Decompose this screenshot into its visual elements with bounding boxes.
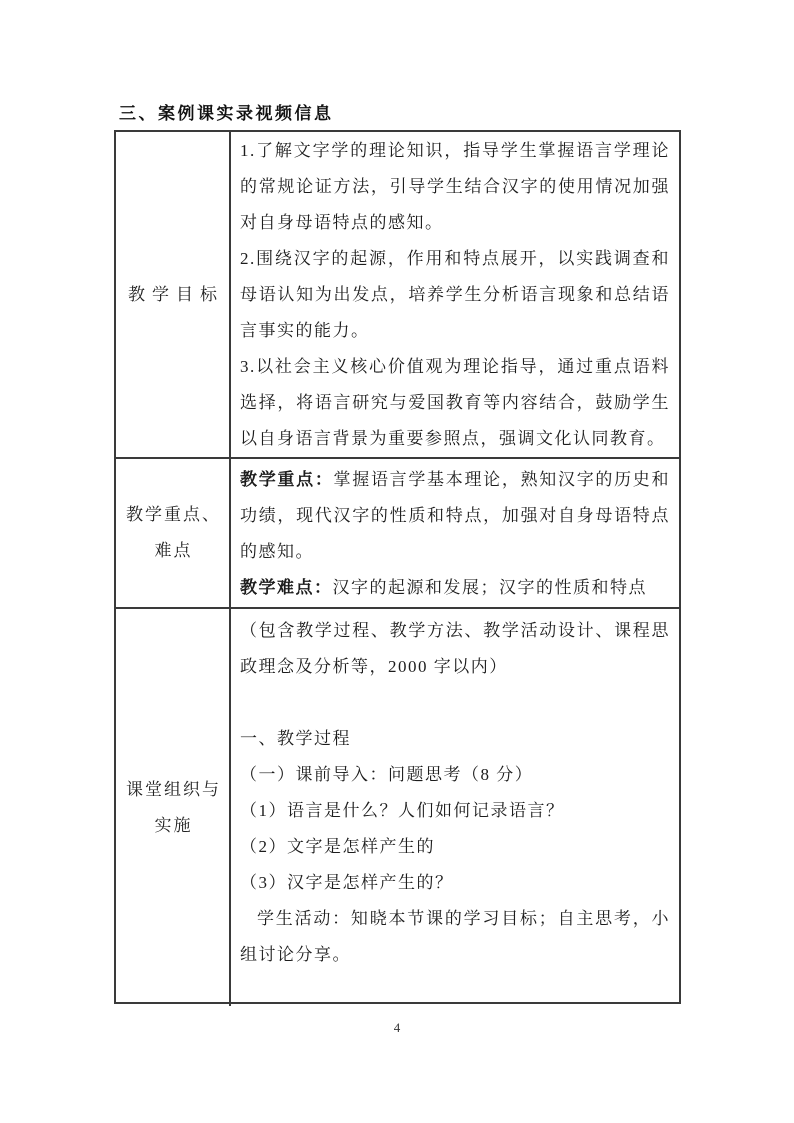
content-cell-class-organization: （包含教学过程、教学方法、教学活动设计、课程思政理念及分析等，2000 字以内）… (231, 607, 679, 1006)
question-line-2: （2）文字是怎样产生的 (240, 829, 670, 865)
label-cell-teaching-objectives: 教学目标 (116, 132, 231, 457)
teaching-key-points: 教学重点：掌握语言学基本理论，熟知汉字的历史和功绩，现代汉字的性质和特点，加强对… (240, 462, 670, 570)
content-cell-key-difficult-points: 教学重点：掌握语言学基本理论，熟知汉字的历史和功绩，现代汉字的性质和特点，加强对… (231, 457, 679, 607)
question-line-3: （3）汉字是怎样产生的？ (240, 865, 670, 901)
document-page: 三、案例课实录视频信息 教学目标 1.了解文字学的理论知识，指导学生掌握语言学理… (0, 0, 794, 1123)
row-label-text: 教学重点、 (126, 497, 221, 533)
process-heading-line: 一、教学过程 (240, 721, 670, 757)
content-cell-teaching-objectives: 1.了解文字学的理论知识，指导学生掌握语言学理论的常规论证方法，引导学生结合汉字… (231, 132, 679, 457)
objective-paragraph-1: 1.了解文字学的理论知识，指导学生掌握语言学理论的常规论证方法，引导学生结合汉字… (240, 133, 670, 241)
section-heading: 三、案例课实录视频信息 (119, 99, 334, 124)
student-activity-paragraph: 学生活动：知晓本节课的学习目标；自主思考，小组讨论分享。 (240, 901, 670, 973)
teaching-difficult-points: 教学难点：汉字的起源和发展；汉字的性质和特点 (240, 570, 670, 606)
question-line-1: （1）语言是什么？人们如何记录语言？ (240, 793, 670, 829)
row-label-text: 课堂组织与 (126, 772, 221, 808)
label-cell-class-organization: 课堂组织与 实施 (116, 607, 231, 1006)
pre-class-intro-line: （一）课前导入：问题思考（8 分） (240, 757, 670, 793)
row-label-text: 实施 (155, 808, 193, 844)
row-label-text: 难点 (155, 533, 193, 569)
difficult-points-label: 教学难点： (240, 578, 333, 597)
row-label-text: 教学目标 (128, 277, 224, 313)
objective-paragraph-3: 3.以社会主义核心价值观为理论指导，通过重点语料选择，将语言研究与爱国教育等内容… (240, 349, 670, 457)
key-points-label: 教学重点： (240, 470, 334, 489)
objective-paragraph-2: 2.围绕汉字的起源，作用和特点展开，以实践调查和母语认知为出发点，培养学生分析语… (240, 241, 670, 349)
label-cell-key-difficult-points: 教学重点、 难点 (116, 457, 231, 607)
organization-intro-note: （包含教学过程、教学方法、教学活动设计、课程思政理念及分析等，2000 字以内） (240, 613, 670, 685)
page-number: 4 (0, 1020, 794, 1036)
difficult-points-text: 汉字的起源和发展；汉字的性质和特点 (333, 578, 648, 597)
blank-line (240, 685, 670, 721)
case-info-table: 教学目标 1.了解文字学的理论知识，指导学生掌握语言学理论的常规论证方法，引导学… (114, 130, 681, 1004)
